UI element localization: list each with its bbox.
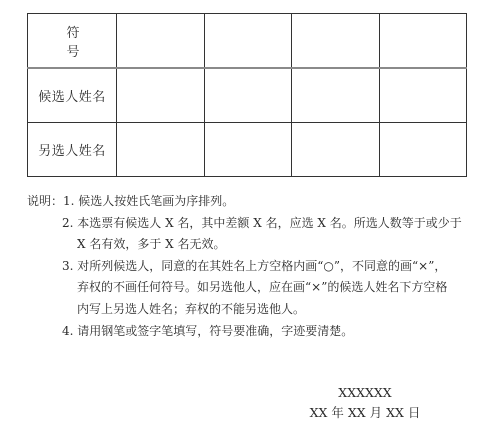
candidate-name-cell-2 bbox=[204, 68, 292, 123]
symbol-cell-1[interactable] bbox=[117, 14, 205, 69]
table-row-candidate-name: 候选人姓名 bbox=[28, 68, 467, 123]
issuer-name: XXXXXX bbox=[300, 383, 430, 403]
candidate-name-cell-1 bbox=[117, 68, 205, 123]
row-label-alternate-name: 另选人姓名 bbox=[28, 123, 117, 177]
table-row-symbol: 符 号 bbox=[28, 14, 467, 69]
alternate-name-cell-1[interactable] bbox=[117, 123, 205, 177]
alternate-name-cell-3[interactable] bbox=[292, 123, 380, 177]
instructions: 说明：1. 候选人按姓氏笔画为序排列。 2. 本选票有候选人 X 名，其中差额 … bbox=[27, 191, 477, 342]
instruction-item-3: 3. 对所列候选人，同意的在其姓名上方空格内画“○”，不同意的画“×”， bbox=[27, 256, 477, 278]
instruction-item-1: 说明：1. 候选人按姓氏笔画为序排列。 bbox=[27, 191, 477, 213]
instructions-heading: 说明： bbox=[27, 194, 63, 208]
row-label-symbol: 符 号 bbox=[28, 14, 117, 69]
alternate-name-cell-4[interactable] bbox=[379, 123, 467, 177]
candidate-name-cell-4 bbox=[379, 68, 467, 123]
instruction-item-2-cont: X 名有效，多于 X 名无效。 bbox=[27, 234, 477, 256]
symbol-cell-3[interactable] bbox=[292, 14, 380, 69]
instruction-item-3-cont2: 内写上另选人姓名；弃权的不能另选他人。 bbox=[27, 299, 477, 321]
symbol-cell-2[interactable] bbox=[204, 14, 292, 69]
issue-date: XX 年 XX 月 XX 日 bbox=[300, 403, 430, 423]
ballot-table: 符 号 候选人姓名 另选人姓名 bbox=[27, 13, 467, 177]
alternate-name-cell-2[interactable] bbox=[204, 123, 292, 177]
candidate-name-cell-3 bbox=[292, 68, 380, 123]
table-row-alternate-name: 另选人姓名 bbox=[28, 123, 467, 177]
instruction-item-3-cont1: 弃权的不画任何符号。如另选他人，应在画“×”的候选人姓名下方空格 bbox=[27, 277, 477, 299]
symbol-cell-4[interactable] bbox=[379, 14, 467, 69]
signature-block: XXXXXX XX 年 XX 月 XX 日 bbox=[300, 383, 430, 423]
instruction-item-2: 2. 本选票有候选人 X 名，其中差额 X 名，应选 X 名。所选人数等于或少于 bbox=[27, 213, 477, 235]
instruction-item-4: 4. 请用钢笔或签字笔填写，符号要准确，字迹要清楚。 bbox=[27, 321, 477, 343]
row-label-candidate-name: 候选人姓名 bbox=[28, 68, 117, 123]
